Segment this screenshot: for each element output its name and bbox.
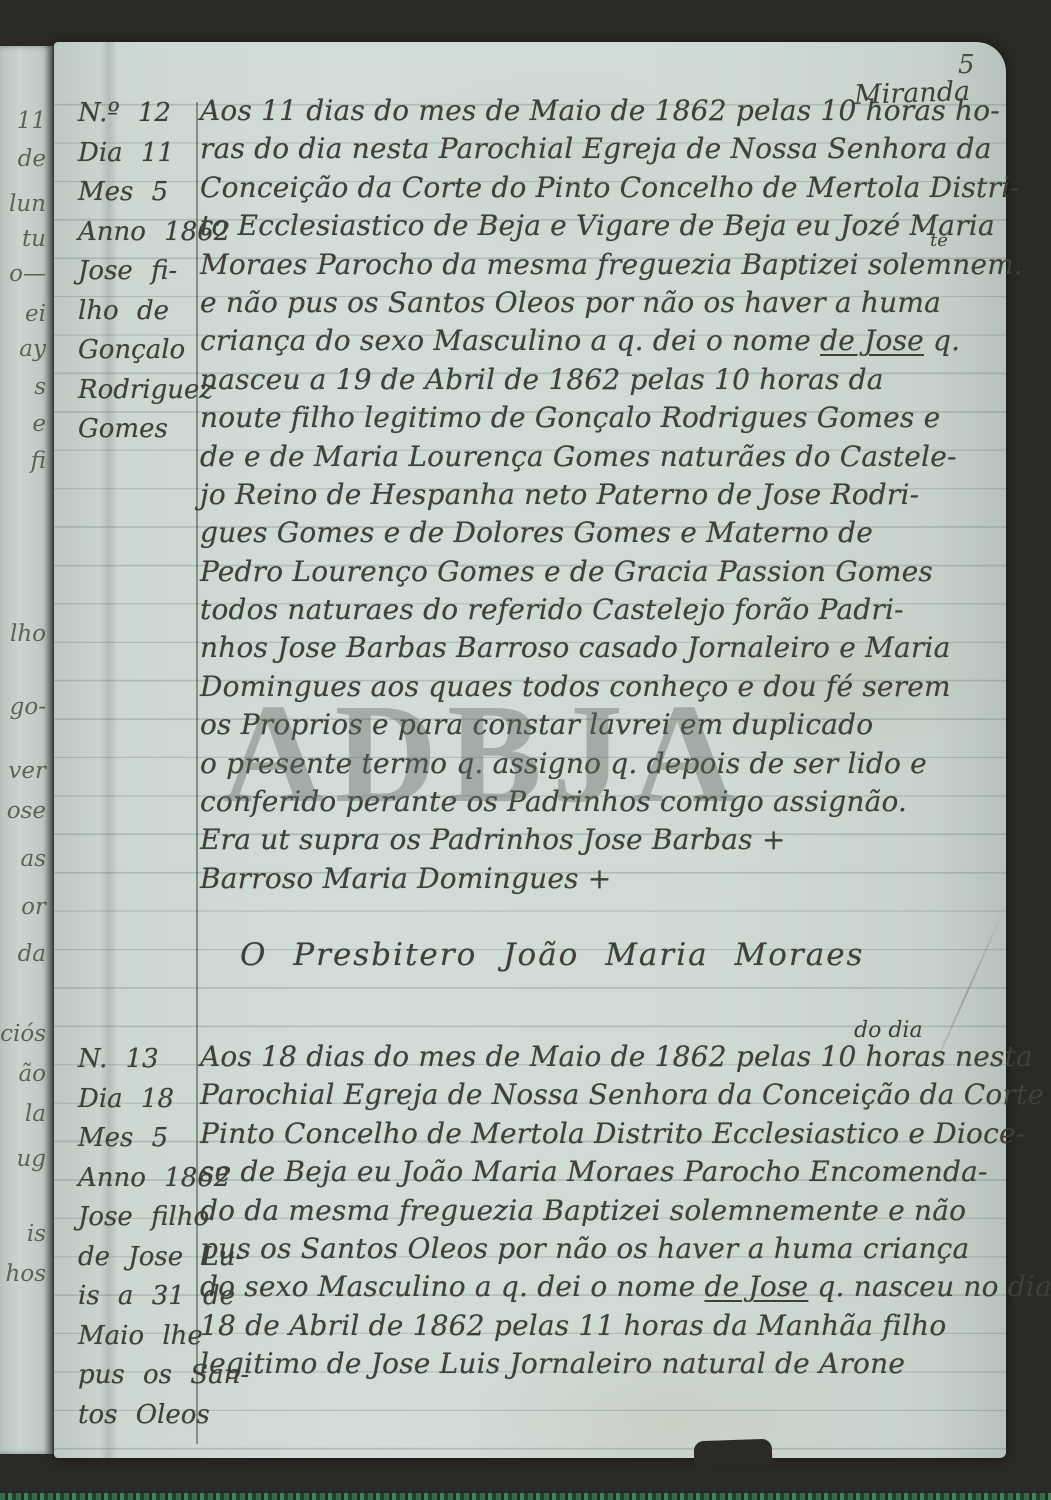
cutoff-text-fragment: da bbox=[18, 941, 46, 967]
text-line: nasceu a 19 de Abril de 1862 pelas 10 ho… bbox=[200, 361, 1000, 399]
cutoff-text-fragment: o— bbox=[9, 261, 46, 287]
page-edge-notch bbox=[694, 1439, 773, 1468]
text-line: Pinto Concelho de Mertola Distrito Eccle… bbox=[200, 1115, 1000, 1153]
cutoff-text-fragment: ciós bbox=[0, 1021, 46, 1047]
margin-note-line: Anno 1862 bbox=[78, 1159, 196, 1199]
cutoff-text-fragment: lun bbox=[9, 191, 46, 217]
cutoff-text-fragment: hos bbox=[6, 1261, 46, 1287]
margin-note-line: Mes 5 bbox=[78, 1119, 196, 1159]
text-line: noute filho legitimo de Gonçalo Rodrigue… bbox=[200, 399, 1000, 437]
margin-note-line: tos Oleos bbox=[78, 1396, 196, 1436]
text-line: conferido perante os Padrinhos comigo as… bbox=[200, 783, 1000, 821]
record1-margin-notes: N.º 12Dia 11Mes 5Anno 1862Jose fi-lho de… bbox=[78, 94, 196, 450]
text-line: Domingues aos quaes todos conheço e dou … bbox=[200, 668, 1000, 706]
text-line: do sexo Masculino a q. dei o nome de Jos… bbox=[200, 1268, 1000, 1306]
text-line: Pedro Lourenço Gomes e de Gracia Passion… bbox=[200, 553, 1000, 591]
text-line: pus os Santos Oleos por não os haver a h… bbox=[200, 1230, 1000, 1268]
scan-edge-artifact bbox=[0, 1493, 1051, 1500]
text-line: legitimo de Jose Luis Jornaleiro natural… bbox=[200, 1345, 1000, 1383]
scanned-register-page: 11deluntuo—eiaysefilhogo-veroseasordació… bbox=[0, 0, 1051, 1500]
margin-note-line: pus os San- bbox=[78, 1356, 196, 1396]
cutoff-text-fragment: ei bbox=[25, 301, 46, 327]
text-line: se de Beja eu João Maria Moraes Parocho … bbox=[200, 1153, 1000, 1191]
cutoff-text-fragment: la bbox=[25, 1101, 46, 1127]
text-line: os Proprios e para constar lavrei em dup… bbox=[200, 706, 1000, 744]
record1-superscript-te: te bbox=[930, 230, 948, 251]
margin-note-line: lho de bbox=[78, 292, 196, 332]
margin-note-line: N. 13 bbox=[78, 1040, 196, 1080]
cutoff-text-fragment: ver bbox=[8, 758, 46, 784]
text-line: ras do dia nesta Parochial Egreja de Nos… bbox=[200, 130, 1000, 168]
cutoff-text-fragment: as bbox=[20, 846, 46, 872]
margin-note-line: Gonçalo bbox=[78, 331, 196, 371]
cutoff-text-fragment: ose bbox=[7, 798, 46, 824]
text-line: Conceição da Corte do Pinto Concelho de … bbox=[200, 169, 1000, 207]
cutoff-text-fragment: e bbox=[32, 411, 46, 437]
cutoff-text-fragment: ay bbox=[19, 336, 46, 362]
margin-note-line: is a 31 de bbox=[78, 1277, 196, 1317]
text-line: e não pus os Santos Oleos por não os hav… bbox=[200, 284, 1000, 322]
text-line: de e de Maria Lourença Gomes naturães do… bbox=[200, 438, 1000, 476]
cutoff-text-fragment: de bbox=[18, 146, 46, 172]
margin-note-line: Dia 11 bbox=[78, 134, 196, 174]
cutoff-text-fragment: s bbox=[34, 374, 46, 400]
cutoff-text-fragment: go- bbox=[10, 694, 46, 720]
text-line: Parochial Egreja de Nossa Senhora da Con… bbox=[200, 1076, 1000, 1114]
margin-note-line: Dia 18 bbox=[78, 1080, 196, 1120]
margin-note-line: de Jose Lu- bbox=[78, 1238, 196, 1278]
register-page: 5 Miranda N.º 12Dia 11Mes 5Anno 1862Jose… bbox=[54, 42, 1006, 1458]
text-line: todos naturaes do referido Castelejo for… bbox=[200, 591, 1000, 629]
cutoff-text-fragment: ão bbox=[18, 1061, 46, 1087]
text-line: do da mesma freguezia Baptizei solemneme… bbox=[200, 1192, 1000, 1230]
cutoff-text-fragment: lho bbox=[10, 621, 46, 647]
cutoff-text-fragment: or bbox=[21, 894, 46, 920]
text-line: Aos 11 dias do mes de Maio de 1862 pelas… bbox=[200, 92, 1000, 130]
margin-note-line: Rodriguez bbox=[78, 371, 196, 411]
margin-note-line: N.º 12 bbox=[78, 94, 196, 134]
text-line: to Ecclesiastico de Beja e Vigare de Bej… bbox=[200, 207, 1000, 245]
cutoff-text-fragment: ug bbox=[16, 1146, 46, 1172]
margin-note-line: Mes 5 bbox=[78, 173, 196, 213]
text-line: criança do sexo Masculino a q. dei o nom… bbox=[200, 322, 1000, 360]
text-line: o presente termo q. assigno q. depois de… bbox=[200, 745, 1000, 783]
facing-page-edge: 11deluntuo—eiaysefilhogo-veroseasordació… bbox=[0, 46, 54, 1454]
text-line: Barroso Maria Domingues + bbox=[200, 860, 1000, 898]
text-line: gues Gomes e de Dolores Gomes e Materno … bbox=[200, 514, 1000, 552]
priest-signature: O Presbitero João Maria Moraes bbox=[240, 937, 864, 973]
cutoff-text-fragment: tu bbox=[22, 226, 46, 252]
text-line: nhos Jose Barbas Barroso casado Jornalei… bbox=[200, 629, 1000, 667]
margin-note-line: Anno 1862 bbox=[78, 213, 196, 253]
record1-text: Aos 11 dias do mes de Maio de 1862 pelas… bbox=[200, 92, 1000, 898]
cutoff-text-fragment: 11 bbox=[17, 108, 46, 134]
margin-note-line: Gomes bbox=[78, 410, 196, 450]
margin-note-line: Jose fi- bbox=[78, 252, 196, 292]
text-line: Aos 18 dias do mes de Maio de 1862 pelas… bbox=[200, 1038, 1000, 1076]
margin-note-line: Jose filho bbox=[78, 1198, 196, 1238]
text-line: jo Reino de Hespanha neto Paterno de Jos… bbox=[200, 476, 1000, 514]
text-line: 18 de Abril de 1862 pelas 11 horas da Ma… bbox=[200, 1307, 1000, 1345]
cutoff-text-fragment: is bbox=[27, 1221, 46, 1247]
cutoff-text-fragment: fi bbox=[31, 448, 46, 474]
record2-margin-notes: N. 13Dia 18Mes 5Anno 1862Jose filhode Jo… bbox=[78, 1040, 196, 1435]
record2-text: Aos 18 dias do mes de Maio de 1862 pelas… bbox=[200, 1038, 1000, 1384]
text-line: Moraes Parocho da mesma freguezia Baptiz… bbox=[200, 246, 1000, 284]
text-line: Era ut supra os Padrinhos Jose Barbas + bbox=[200, 821, 1000, 859]
margin-note-line: Maio lhe bbox=[78, 1317, 196, 1357]
